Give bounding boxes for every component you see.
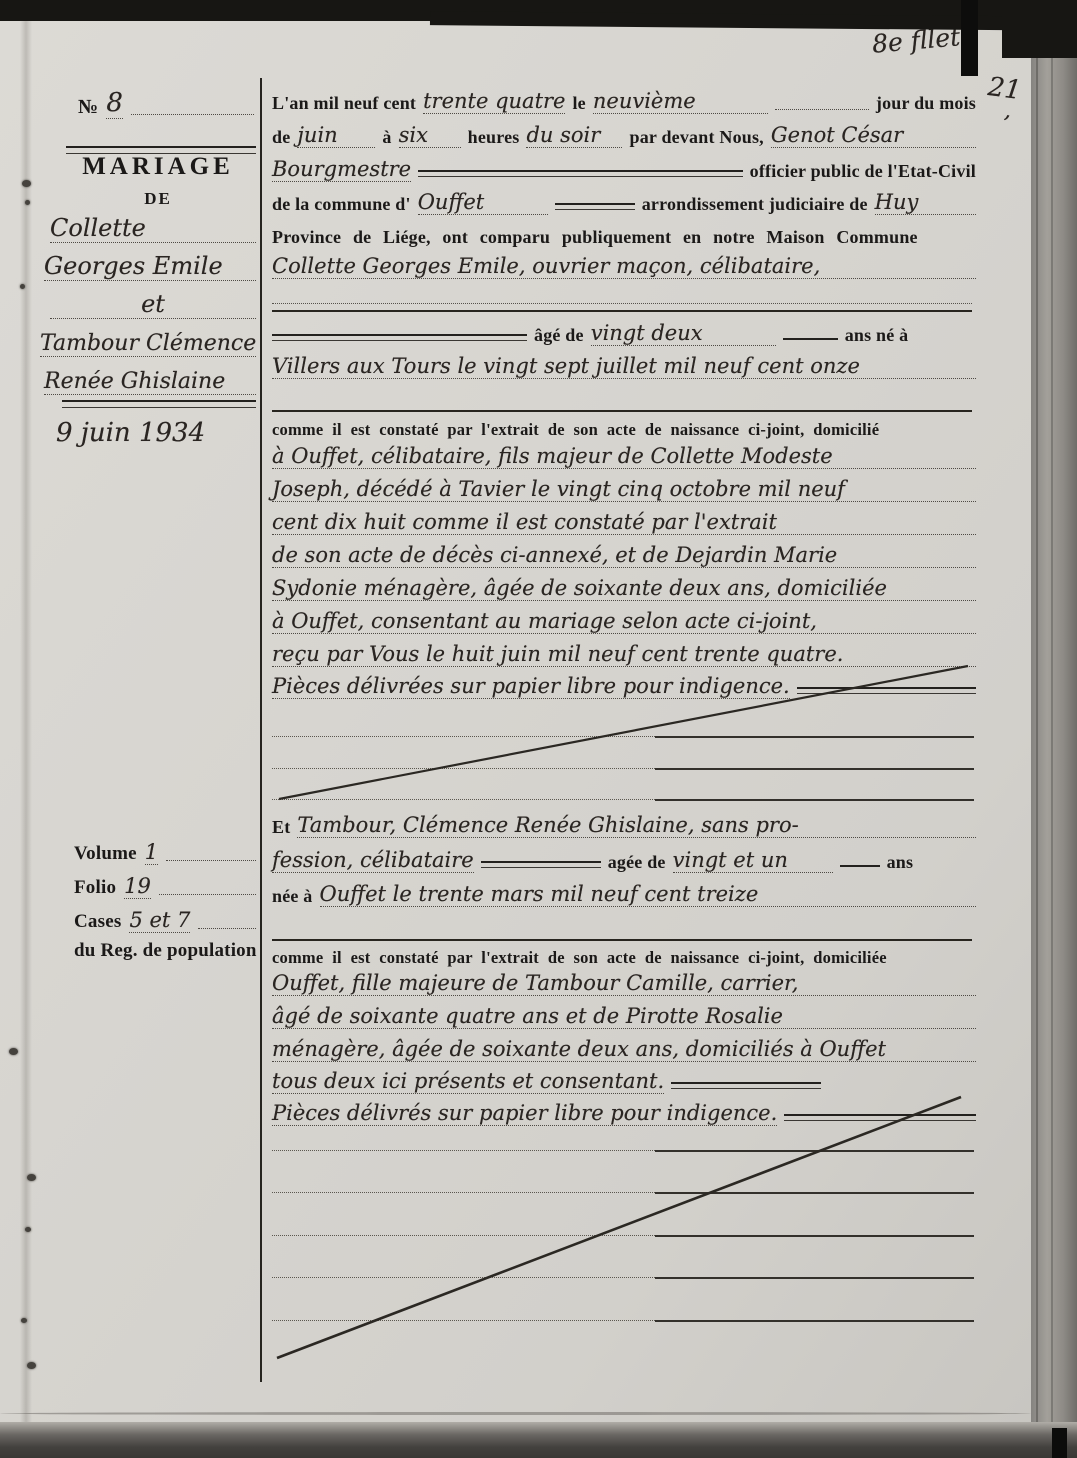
blank-ruled-line [272, 1320, 974, 1322]
binding-hole [27, 1362, 36, 1369]
groom-surname: Collette [50, 214, 146, 242]
groom-firstnames: Georges Emile [44, 252, 223, 280]
printed-intro-year: L'an mil neuf cent [272, 93, 416, 114]
printed-jour-du-mois: jour du mois [876, 93, 976, 114]
hw-hour: six [399, 123, 461, 148]
marriage-date-row: 9 juin 1934 [56, 418, 205, 448]
page-edge-line [1051, 0, 1053, 1458]
hw-bride-profession: fession, célibataire [272, 848, 474, 873]
hw-groom-father-death: Joseph, décédé à Tavier le vingt cinq oc… [272, 477, 976, 502]
act-line-23: née à Ouffet le trente mars mil neuf cen… [272, 875, 976, 907]
printed-commune-prefix: de la commune d' [272, 194, 411, 215]
scanned-register-photo: № 8 MARIAGE DE Collette Georges Emile et… [0, 0, 1077, 1458]
act-number-value: 8 [106, 88, 123, 119]
act-line-26: Ouffet, fille majeure de Tambour Camille… [272, 964, 976, 996]
blank-rule [272, 303, 972, 312]
bookmark-ribbon [961, 0, 978, 76]
act-line-27: âgé de soixante quatre ans et de Pirotte… [272, 997, 976, 1029]
hw-officer-title: Bourgmestre [272, 157, 411, 182]
hw-mother-consent: à Ouffet, consentant au mariage selon ac… [272, 609, 976, 634]
hw-bride-mother: ménagère, âgée de soixante deux ans, dom… [272, 1037, 976, 1062]
binding-hole [22, 180, 31, 187]
page-bottom-edge [0, 1412, 1031, 1415]
cases-label: Cases [74, 911, 121, 933]
register-label-row: du Reg. de population [74, 940, 257, 962]
folio-value: 19 [124, 874, 151, 899]
printed-ans-ne-a: ans né à [845, 325, 909, 346]
hw-groom-birthplace-date: Villers aux Tours le vingt sept juillet … [272, 354, 976, 379]
binding-hole [20, 284, 25, 289]
filler-rule [555, 203, 635, 210]
printed-et: Et [272, 817, 290, 838]
hw-groom-residence-parents: à Ouffet, célibataire, fils majeur de Co… [272, 444, 976, 469]
book-page-edges [1031, 0, 1077, 1458]
printed-ans: ans [887, 852, 914, 873]
bookmark-ribbon-bottom [1052, 1428, 1067, 1458]
hw-groom-mother-2: Sydonie ménagère, âgée de soixante deux … [272, 576, 976, 601]
book-bottom-shadow [0, 1422, 1077, 1458]
hw-officer-name: Genot César [771, 123, 976, 148]
hw-bride-parents: âgé de soixante quatre ans et de Pirotte… [272, 1004, 976, 1029]
groom-surname-row: Collette [50, 212, 256, 243]
margin-subtitle: DE [56, 189, 260, 209]
dark-background-corner [1002, 0, 1077, 58]
marriage-date: 9 juin 1934 [56, 418, 205, 448]
act-line-9: Villers aux Tours le vingt sept juillet … [272, 347, 976, 379]
volume-label: Volume [74, 843, 137, 865]
act-line-5: Province de Liége, ont comparu publiquem… [272, 216, 976, 248]
leader-line [775, 107, 869, 110]
printed-nee-a: née à [272, 886, 313, 907]
blank-ruled-line [272, 1277, 974, 1279]
register-label: du Reg. de population [74, 940, 257, 962]
blank-ruled-line [272, 736, 974, 738]
volume-value: 1 [145, 840, 158, 865]
margin-title: MARIAGE [56, 153, 260, 181]
leader-line [198, 926, 256, 929]
dash-rule [783, 336, 838, 340]
page-edge-line [1036, 0, 1038, 1458]
act-line-18: reçu par Vous le huit juin mil neuf cent… [272, 635, 976, 667]
act-line-12: à Ouffet, célibataire, fils majeur de Co… [272, 437, 976, 469]
act-line-21: Et Tambour, Clémence Renée Ghislaine, sa… [272, 806, 976, 838]
act-line-4: de la commune d' Ouffet arrondissement j… [272, 183, 976, 215]
hw-bride-identity: Tambour, Clémence Renée Ghislaine, sans … [297, 813, 976, 838]
hw-bride-age: vingt et un [673, 848, 833, 873]
blank-ruled-line [272, 799, 974, 801]
blank-ruled-line [272, 1150, 974, 1152]
volume-row: Volume 1 [74, 840, 256, 865]
hw-pieces-line-bride: Pièces délivrés sur papier libre pour in… [272, 1101, 777, 1126]
hw-bride-birth: Ouffet le trente mars mil neuf cent trei… [320, 882, 977, 907]
act-line-14: cent dix huit comme il est constaté par … [272, 503, 976, 535]
folio-row: Folio 19 [74, 874, 256, 899]
printed-age-de: âgé de [534, 325, 584, 346]
blank-ruled-line [272, 768, 974, 770]
hw-day-ordinal: neuvième [593, 89, 768, 114]
hw-bride-father: Ouffet, fille majeure de Tambour Camille… [272, 971, 976, 996]
printed-officier-public: officier public de l'Etat-Civil [750, 161, 976, 182]
hw-groom-father-death-2: cent dix huit comme il est constaté par … [272, 510, 976, 535]
binding-hole [25, 200, 30, 205]
act-line-17: à Ouffet, consentant au mariage selon ac… [272, 602, 976, 634]
filler-rule [797, 687, 976, 694]
cases-value: 5 et 7 [129, 908, 190, 933]
hw-time-of-day: du soir [526, 123, 622, 148]
act-line-19: Pièces délivrées sur papier libre pour i… [272, 667, 976, 699]
binding-fold [20, 12, 32, 1426]
hw-year-words: trente quatre [423, 89, 565, 114]
binding-hole [25, 1227, 31, 1232]
hw-commune-name: Ouffet [418, 190, 548, 215]
act-line-15: de son acte de décès ci-annexé, et de De… [272, 536, 976, 568]
binding-hole [21, 1318, 27, 1323]
act-line-8: âgé de vingt deux ans né à [272, 314, 976, 346]
act-line-13: Joseph, décédé à Tavier le vingt cinq oc… [272, 470, 976, 502]
et-row: et [50, 288, 256, 319]
printed-par-devant-nous: par devant Nous, [629, 127, 763, 148]
blank-ruled-line [272, 1235, 974, 1237]
bride-surname: Tambour Clémence [40, 331, 256, 356]
bride-firstnames-row: Renée Ghislaine [44, 364, 256, 395]
dash-rule [840, 863, 880, 867]
folio-label: Folio [74, 877, 116, 899]
printed-le: le [572, 93, 585, 114]
act-line-30: Pièces délivrés sur papier libre pour in… [272, 1094, 976, 1126]
blank-ruled-line [272, 1192, 974, 1194]
printed-a: à [382, 127, 391, 148]
act-line-22: fession, célibataire agée de vingt et un… [272, 841, 976, 873]
printed-heures: heures [468, 127, 520, 148]
hw-consent-date: reçu par Vous le huit juin mil neuf cent… [272, 642, 976, 667]
hw-groom-identity: Collette Georges Emile, ouvrier maçon, c… [272, 254, 976, 279]
page-number: 21 [986, 72, 1023, 106]
hw-groom-age: vingt deux [591, 321, 776, 346]
hw-month: juin [297, 123, 375, 148]
leader-line [166, 858, 256, 861]
hw-pieces-line-groom: Pièces délivrées sur papier libre pour i… [272, 674, 790, 699]
act-line-28: ménagère, âgée de soixante deux ans, dom… [272, 1030, 976, 1062]
leader-line [131, 112, 254, 115]
filler-rule [671, 1082, 821, 1089]
act-number-row: № 8 [78, 88, 254, 119]
groom-firstnames-row: Georges Emile [44, 250, 256, 281]
bride-firstnames: Renée Ghislaine [44, 369, 225, 394]
leader-line [159, 892, 256, 895]
act-line-6: Collette Georges Emile, ouvrier maçon, c… [272, 247, 976, 279]
bride-surname-row: Tambour Clémence [40, 326, 256, 357]
printed-agee-de: agée de [608, 852, 666, 873]
cases-row: Cases 5 et 7 [74, 908, 256, 933]
hw-parents-consent: tous deux ici présents et consentant. [272, 1069, 664, 1094]
act-line-1: L'an mil neuf cent trente quatre le neuv… [272, 82, 976, 114]
et-word: et [141, 290, 165, 318]
act-line-3: Bourgmestre officier public de l'Etat-Ci… [272, 150, 976, 182]
hw-arrondissement-name: Huy [875, 190, 976, 215]
filler-rule [272, 334, 527, 341]
act-number-label: № [78, 96, 98, 119]
act-line-29: tous deux ici présents et consentant. [272, 1062, 976, 1094]
binding-hole [9, 1048, 18, 1055]
filler-rule [481, 861, 601, 868]
act-line-11: comme il est constaté par l'extrait de s… [272, 408, 976, 440]
printed-arrondissement: arrondissement judiciaire de [642, 194, 868, 215]
printed-province-line: Province de Liége, ont comparu publiquem… [272, 227, 918, 248]
printed-de: de [272, 127, 290, 148]
double-rule [62, 400, 256, 408]
binding-hole [27, 1174, 36, 1181]
margin-divider-rule [260, 78, 262, 1382]
filler-rule [418, 170, 743, 177]
filler-rule [784, 1114, 976, 1121]
hw-groom-mother: de son acte de décès ci-annexé, et de De… [272, 543, 976, 568]
act-line-16: Sydonie ménagère, âgée de soixante deux … [272, 569, 976, 601]
act-line-2: de juin à six heures du soir par devant … [272, 116, 976, 148]
